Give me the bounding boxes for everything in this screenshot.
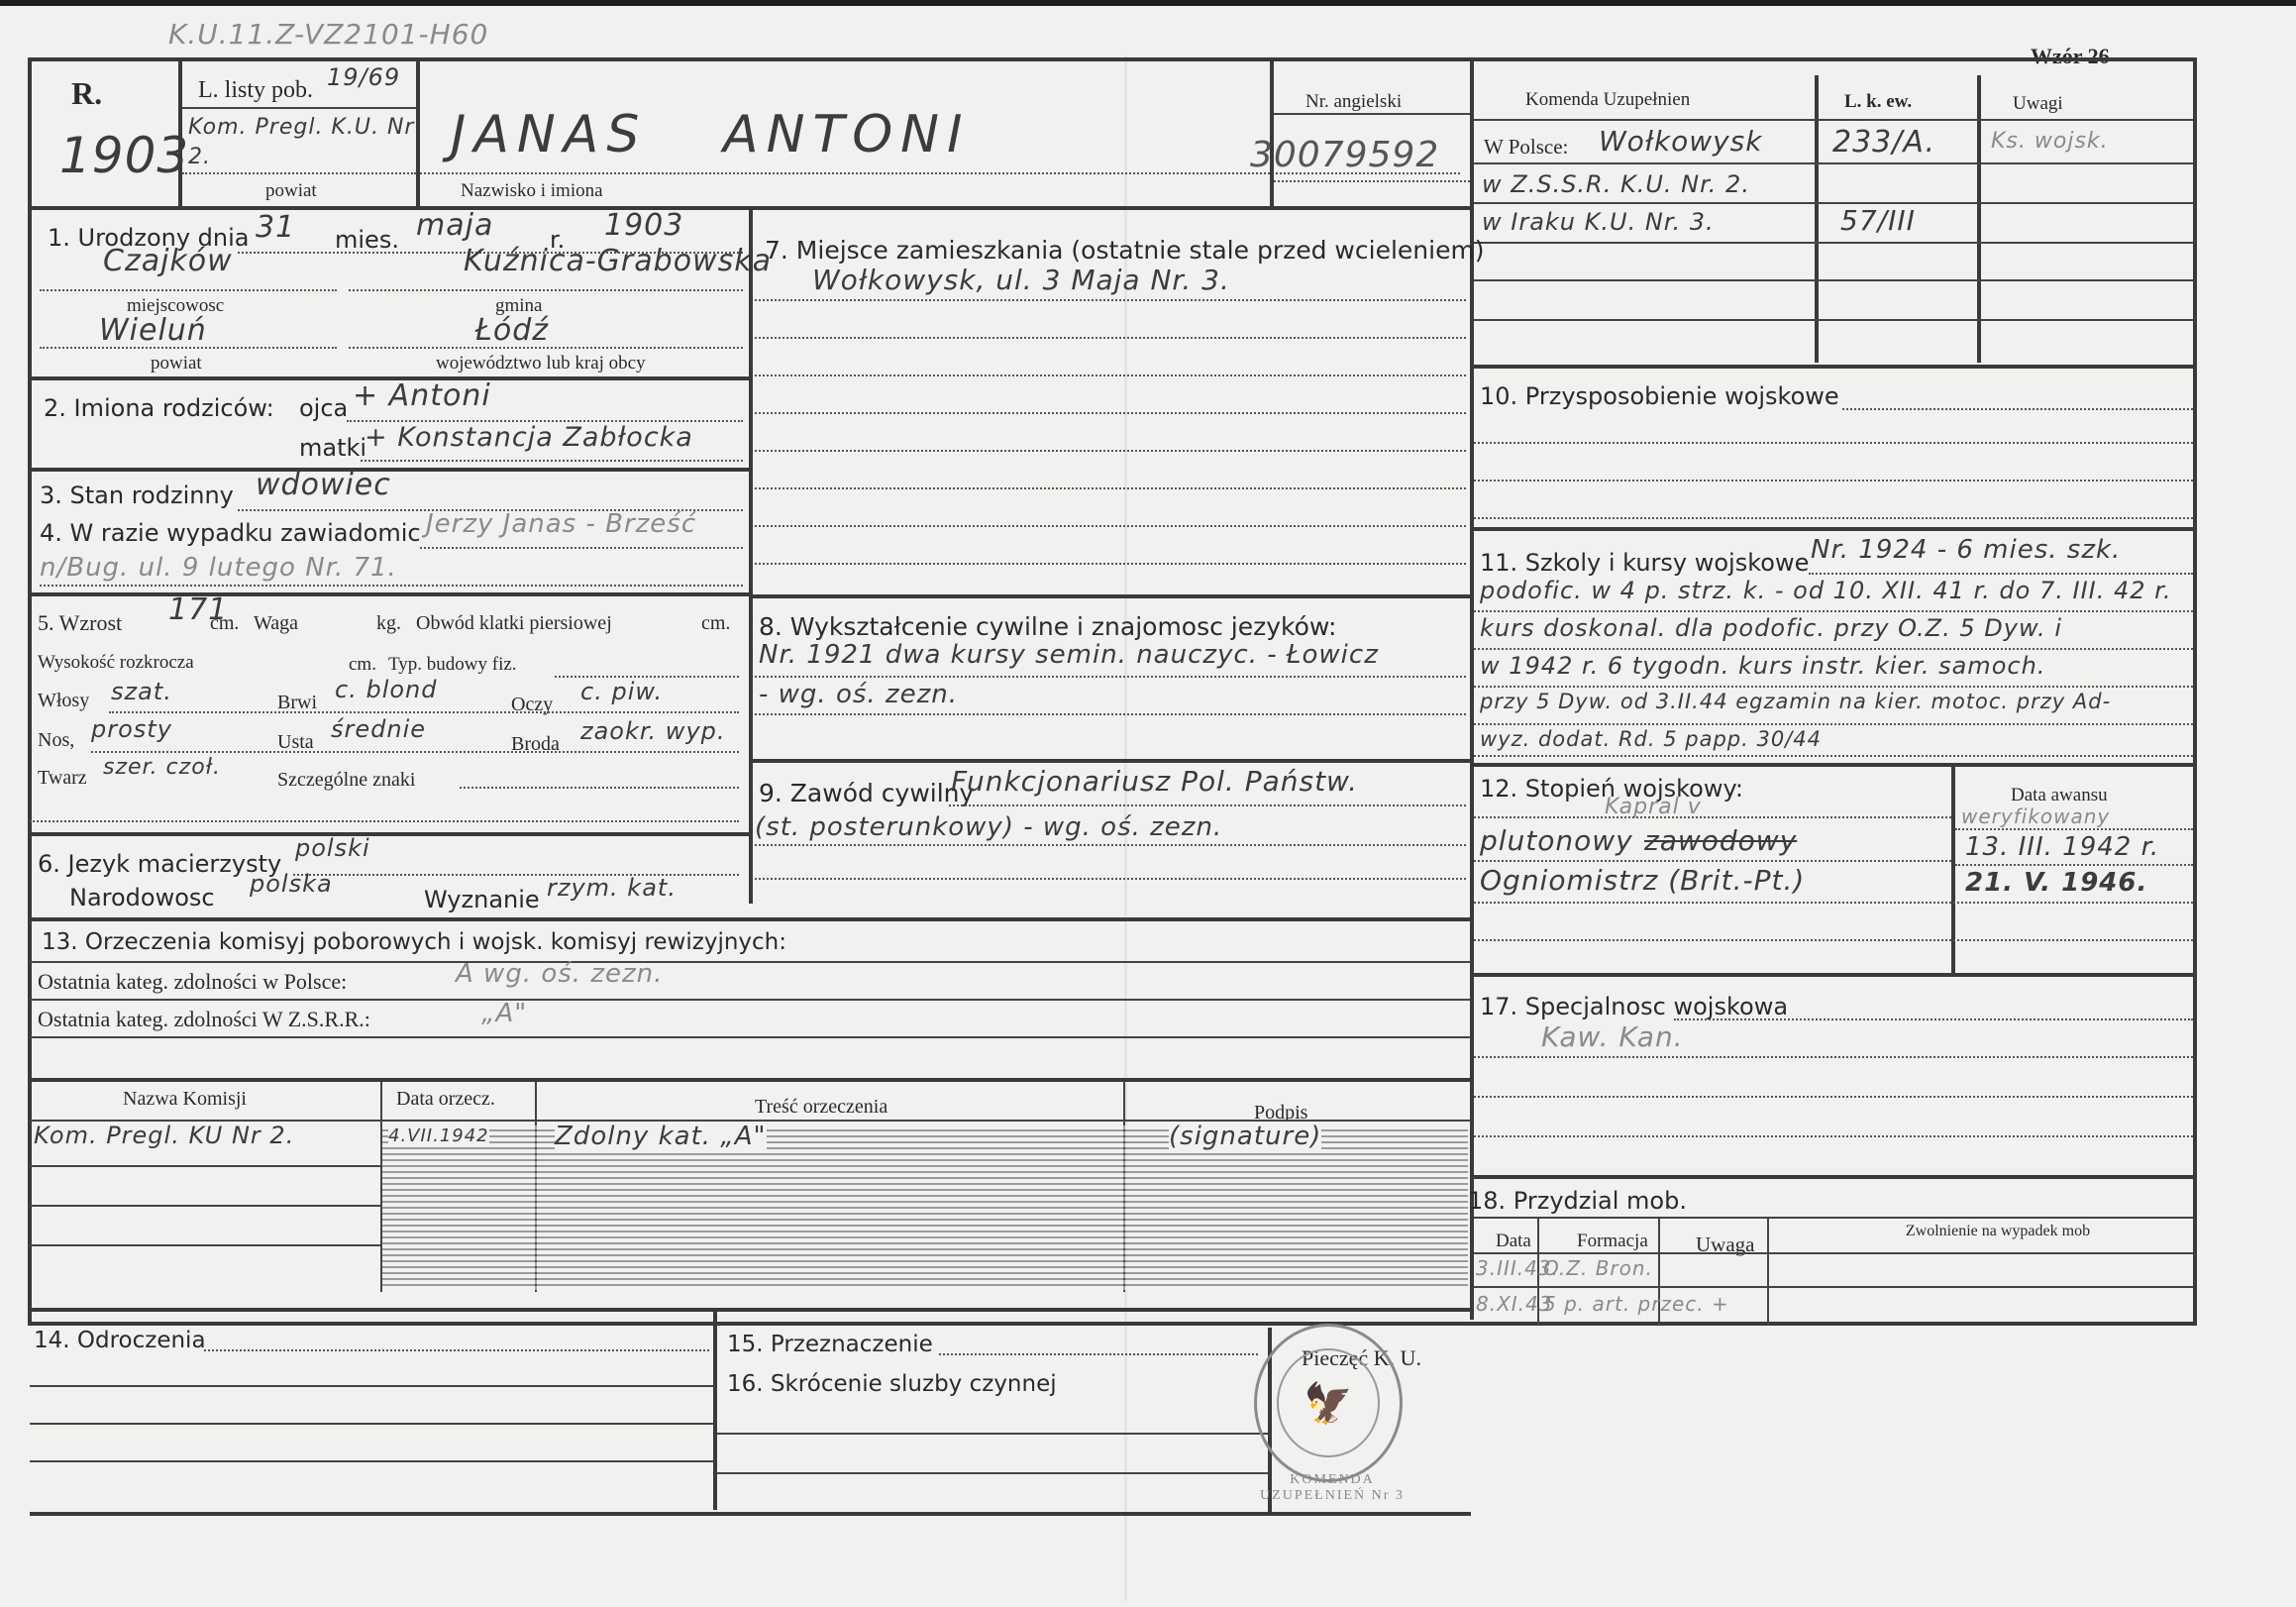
lkew-header: L. k. ew. [1844,91,1912,113]
birth-year: 1903 [604,208,683,243]
poland-category-label: Ostatnia kateg. zdolności w Polsce: [38,969,347,995]
dotted-line [204,1349,709,1351]
dotted-line [1474,1135,2193,1137]
dotted-line [755,375,1466,376]
dotted-line [91,751,739,753]
promotion-date-header: Data awansu [2011,785,2108,806]
birth-voivodeship: Łódź [475,313,549,348]
courses-line6: wyz. dodat. Rd. 5 papp. 30/44 [1480,727,1822,751]
dotted-line [755,412,1466,414]
divider [1474,119,2193,121]
date2: 21. V. 1946. [1965,868,2147,898]
stamp-ring-text: KOMENDA UZUPEŁNIEŃ Nr 3 [1258,1472,1407,1504]
month-label: mies. [335,226,399,254]
dotted-line [361,460,743,462]
mob-formation-row1: O.Z. Bron. [1543,1256,1653,1280]
divider [182,107,416,109]
military-registration-card: K.U.11.Z-VZ2101-H60 Wzór 26 R. 1903 L. l… [0,6,2296,1607]
s7-label: 7. Miejsce zamieszkania (ostatnie stale … [765,236,1485,265]
divider [1474,319,2193,321]
nationality-label: Narodowosc [69,884,215,911]
commission-header: Nazwa Komisji [123,1088,247,1111]
dotted-line [755,525,1466,527]
list-commission: Kom. Pregl. K.U. Nr 2. [188,113,416,172]
komenda-row2: w Z.S.S.R. K.U. Nr. 2. [1482,170,1750,198]
courses-line5: przy 5 Dyw. od 3.II.44 egzamin na kier. … [1480,690,2111,713]
dotted-line [1474,686,2193,688]
divider [717,1433,1268,1435]
nose-value: prosty [91,715,172,743]
surname: JANAS [451,105,647,164]
komenda-row3: w Iraku K.U. Nr. 3. [1482,208,1715,236]
mob-date-header: Data [1496,1231,1531,1252]
divider [30,1308,1471,1312]
dotted-line [949,804,1466,806]
courses-line2: podofic. w 4 p. strz. k. - od 10. XII. 4… [1480,577,2171,604]
s8-label: 8. Wykształcenie cywilne i znajomosc jez… [759,612,1336,641]
emergency-address: n/Bug. ul. 9 lutego Nr. 71. [40,553,397,583]
divider [749,210,753,904]
divider [30,1423,713,1425]
komenda-row1: Wołkowysk [1599,125,1762,158]
divider [1951,767,1955,973]
date1: 13. III. 1942 r. [1965,832,2159,862]
divider [30,832,749,836]
s13-label: 13. Orzeczenia komisyj poborowych i wojs… [42,929,786,955]
divider [30,1036,1471,1038]
komenda-header: Komenda Uzupełnien [1525,89,1690,111]
dotted-line [1842,408,2193,410]
dotted-line [1474,902,2193,904]
cm-label: cm. [210,612,239,635]
rank1-struck: zawodowy [1644,824,1797,857]
build-label: Typ. budowy fiz. [388,654,517,676]
s11-label: 11. Szkoly i kursy wojskowe [1480,549,1809,577]
register-year: 1903 [59,127,189,184]
dotted-line [1474,610,2193,612]
s9-label: 9. Zawód cywilny [759,779,974,807]
dotted-line [1474,1096,2193,1098]
dotted-line [755,713,1466,715]
divider [1474,763,2193,767]
decision-date-header: Data orzecz. [396,1088,495,1111]
dotted-line [755,878,1466,880]
dotted-line [1474,755,2193,757]
s18-label: 18. Przydzial mob. [1468,1187,1687,1215]
s16-label: 16. Skrócenie sluzby czynnej [727,1371,1057,1397]
courses-line1: Nr. 1924 - 6 mies. szk. [1811,535,2121,565]
dotted-line [1474,1056,2193,1058]
dotted-line [1955,864,2193,866]
birth-place: Czajków [103,244,233,278]
divider [1474,973,2193,977]
s3-label: 3. Stan rodzinny [40,482,234,509]
divider [1474,1286,2193,1288]
divider [30,1385,713,1387]
decision-content-header: Treść orzeczenia [755,1096,887,1119]
divider [178,61,182,210]
dotted-line [1955,828,2193,830]
marks-label: Szczególne znaki [277,769,415,792]
father-label: ojca [299,394,348,422]
divider [1474,162,2193,164]
dotted-line [1674,1018,2193,1020]
s15-label: 15. Przeznaczenie [727,1332,933,1357]
divider [1474,279,2193,281]
divider [1767,1217,1769,1326]
crotch-label: Wysokość rozkrocza [38,652,194,674]
religion-label: Wyznanie [424,886,540,913]
dotted-line [1474,860,1951,862]
official-stamp: 🦅 [1254,1324,1403,1482]
divider [30,1165,382,1167]
dotted-line [1474,723,2193,725]
dotted-line [1809,573,2193,575]
s5-label: 5. Wzrost [38,610,122,636]
mob-release-header: Zwolnienie na wypadek mob [1815,1223,2181,1240]
birth-day: 31 [256,210,295,245]
divider [1474,242,2193,244]
specialty: Kaw. Kan. [1541,1020,1684,1053]
cm2-label: cm. [701,612,730,635]
native-language: polski [295,834,370,862]
dotted-line [1474,517,2193,519]
ussr-category-label: Ostatnia kateg. zdolności W Z.S.R.R.: [38,1007,370,1032]
english-number: 30079592 [1250,135,1439,175]
divider [30,1078,1471,1082]
chin-value: zaokr. wyp. [580,717,726,745]
dotted-line [755,450,1466,452]
dotted-line [182,172,416,174]
dotted-line [349,289,743,291]
s2-label: 2. Imiona rodziców: [44,394,274,422]
divider [30,917,1471,921]
chest-label: Obwód klatki piersiowej [416,612,612,635]
occupation-line2: (st. posterunkowy) - wg. oś. zezn. [755,812,1222,842]
dotted-line [109,711,739,713]
given-names: ANTONI [723,105,970,164]
name-label: Nazwisko i imiona [461,180,603,202]
divider [30,1205,382,1207]
komenda-row1-label: W Polsce: [1484,135,1568,160]
poland-category: A wg. oś. zezn. [456,959,663,989]
dotted-line [1474,480,2193,482]
residence: Wołkowysk, ul. 3 Maja Nr. 3. [812,264,1230,296]
divider [30,961,1471,963]
birth-powiat: Wieluń [99,313,207,348]
hair-value: szat. [111,678,172,705]
dotted-line [755,337,1466,339]
dotted-line [1474,442,2193,444]
divider [1474,1175,2193,1179]
voivodeship-label: województwo lub kraj obcy [436,353,646,375]
mother-name: + Konstancja Zabłocka [365,422,693,453]
divider [1474,527,2193,531]
powiat-label: powiat [151,353,202,375]
dotted-line [755,844,1466,846]
ussr-category: „A" [481,999,527,1028]
nose-label: Nos, [38,729,74,752]
register-label: R. [71,75,102,112]
decision-date: 4.VII.1942 [388,1125,489,1146]
eyes-value: c. piw. [580,678,663,705]
list-label: L. listy pob. [198,77,313,104]
dotted-line [755,299,1466,301]
divider [713,1312,717,1510]
date1-above: weryfikowany [1961,804,2110,828]
uwagi-row1: Ks. wojsk. [1991,129,2109,154]
divider [1474,365,2193,369]
weight-label: Waga [254,612,298,635]
divider [30,999,1471,1001]
lkew-row3: 57/III [1840,204,1916,237]
father-name: + Antoni [353,378,491,413]
face-label: Twarz [38,767,87,790]
mob-formation-row2: 5 p. art. przec. + [1543,1292,1729,1316]
birth-month: maja [416,208,493,243]
s10-label: 10. Przysposobienie wojskowe [1480,382,1839,410]
cm3-label: cm. [349,654,376,676]
s4-label: 4. W razie wypadku zawiadomic [40,519,421,547]
courses-line4: w 1942 r. 6 tygodn. kurs instr. kier. sa… [1480,652,2045,680]
birth-gmina: Kuźnica-Grabowska [464,244,772,278]
mother-label: matki [299,434,366,462]
dotted-line [755,676,1466,678]
divider [1274,113,1470,115]
dotted-line [349,347,743,349]
s14-label: 14. Odroczenia [34,1328,206,1353]
divider [753,594,1471,598]
dotted-line [30,820,739,822]
rank2: Ogniomistrz (Brit.-Pt.) [1480,864,1805,897]
dotted-line [40,289,337,291]
mouth-value: średnie [331,715,426,743]
occupation-line1: Funkcjonariusz Pol. Państw. [951,765,1358,798]
divider [30,592,749,596]
religion: rzym. kat. [547,874,677,902]
dotted-line [420,547,743,549]
dotted-line [755,563,1466,565]
divider [1474,1252,2193,1254]
dotted-line [939,1353,1258,1355]
kg-label: kg. [376,612,401,635]
list-powiat-label: powiat [265,180,317,202]
divider [30,1512,1471,1516]
divider [30,1244,382,1246]
dotted-line [40,585,743,587]
english-number-label: Nr. angielski [1305,91,1402,113]
rank1: plutonowy [1480,824,1633,857]
mob-formation-header: Formacja [1577,1231,1648,1252]
nationality: polska [250,870,333,898]
divider [1474,202,2193,204]
divider [717,1472,1268,1474]
divider [30,1460,713,1462]
emergency-contact: Jerzy Janas - Brześć [426,509,696,539]
brows-value: c. blond [335,676,437,703]
mob-date-row2: 8.XI.43 [1476,1292,1553,1316]
dotted-line [460,787,739,789]
dotted-line [755,487,1466,489]
dotted-line [1474,648,2193,650]
education-line1: Nr. 1921 dwa kursy semin. nauczyc. - Łow… [759,640,1379,670]
s17-label: 17. Specjalnosc wojskowa [1480,993,1788,1020]
hair-label: Włosy [38,690,89,712]
eagle-emblem-icon: 🦅 [1277,1348,1380,1457]
education-line2: - wg. oś. zezn. [759,680,958,709]
s6-label: 6. Jezyk macierzysty [38,850,281,878]
lkew-row1: 233/A. [1832,125,1935,160]
signature: (signature) [1169,1122,1321,1151]
dotted-line [1474,939,2193,941]
courses-line3: kurs doskonal. dla podofic. przy O.Z. 5 … [1480,614,2062,642]
face-value: szer. czoł. [103,755,221,780]
divider [416,61,420,210]
dotted-line [1474,816,1951,818]
dotted-line [40,347,337,349]
divider [753,759,1471,763]
commission-name: Kom. Pregl. KU Nr 2. [34,1122,294,1149]
top-annotation: K.U.11.Z-VZ2101-H60 [168,18,488,51]
decision-content: Zdolny kat. „A" [555,1122,767,1151]
list-value: 19/69 [327,63,400,91]
marital-status: wdowiec [256,468,391,502]
divider [1474,1217,2193,1219]
dotted-line [1274,180,1470,182]
uwagi-header: Uwagi [2013,93,2063,115]
